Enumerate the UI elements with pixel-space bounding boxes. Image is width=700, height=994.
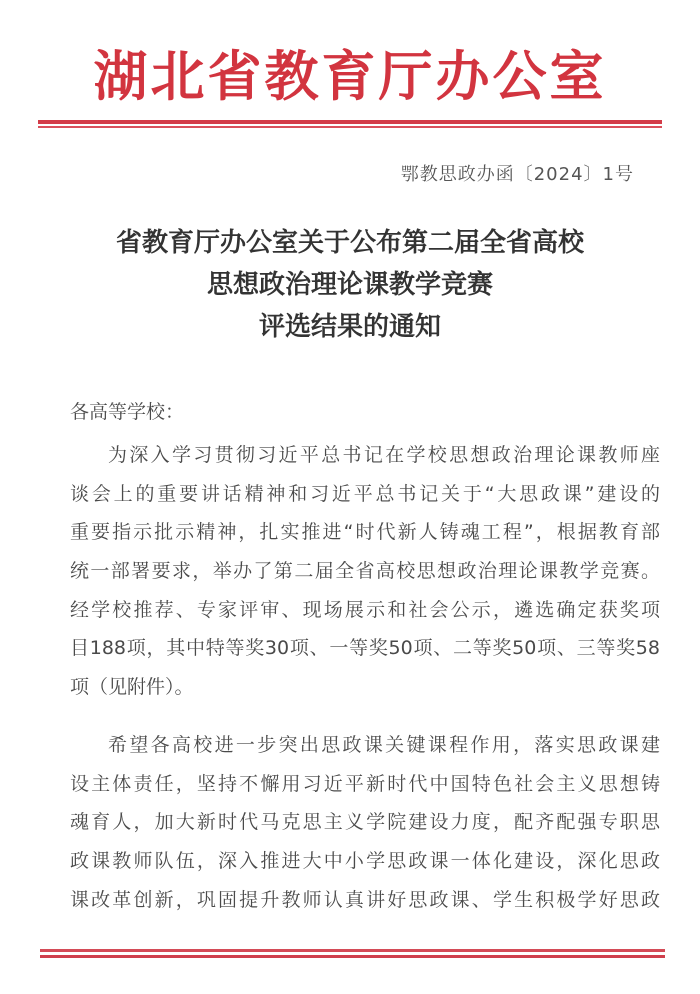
body-paragraph-2: 希望各高校进一步突出思政课关键课程作用，落实思政课建 设主体责任，坚持不懈用习近… [70, 726, 660, 919]
title-line: 评选结果的通知 [0, 306, 700, 348]
issuer-masthead: 湖北省教育厅办公室 [0, 46, 700, 106]
body-paragraph-1: 为深入学习贯彻习近平总书记在学校思想政治理论课教师座 谈会上的重要讲话精神和习近… [70, 436, 660, 707]
paragraph-line: 重要指示批示精神，扎实推进“时代新人铸魂工程”，根据教育部 [70, 513, 660, 552]
paragraph-line: 目188项，其中特等奖30项、一等奖50项、二等奖50项、三等奖58 [70, 629, 660, 668]
paragraph-line: 设主体责任，坚持不懈用习近平新时代中国特色社会主义思想铸 [70, 765, 660, 804]
paragraph-line: 魂育人，加大新时代马克思主义学院建设力度，配齐配强专职思 [70, 803, 660, 842]
paragraph-line: 为深入学习贯彻习近平总书记在学校思想政治理论课教师座 [70, 436, 660, 475]
salutation: 各高等学校： [70, 397, 184, 424]
title-line: 省教育厅办公室关于公布第二届全省高校 [0, 222, 700, 264]
title-line: 思想政治理论课教学竞赛 [0, 264, 700, 306]
footer-red-rule [40, 949, 665, 959]
paragraph-line: 统一部署要求，举办了第二届全省高校思想政治理论课教学竞赛。 [70, 552, 660, 591]
paragraph-line: 政课教师队伍，深入推进大中小学思政课一体化建设，深化思政 [70, 842, 660, 881]
paragraph-line: 希望各高校进一步突出思政课关键课程作用，落实思政课建 [70, 726, 660, 765]
footer-rule-line-2 [40, 955, 665, 958]
paragraph-line: 项（见附件）。 [70, 668, 660, 707]
document-title: 省教育厅办公室关于公布第二届全省高校 思想政治理论课教学竞赛 评选结果的通知 [0, 222, 700, 348]
paragraph-line: 谈会上的重要讲话精神和习近平总书记关于“大思政课”建设的 [70, 475, 660, 514]
paragraph-line: 经学校推荐、专家评审、现场展示和社会公示，遴选确定获奖项 [70, 591, 660, 630]
header-rule-thick-line [38, 120, 662, 124]
document-number: 鄂教思政办函〔2024〕1号 [401, 160, 634, 186]
header-red-rule [38, 120, 662, 128]
header-rule-thin-line [38, 126, 662, 128]
paragraph-line: 课改革创新，巩固提升教师认真讲好思政课、学生积极学好思政 [70, 881, 660, 920]
footer-rule-line-1 [40, 949, 665, 952]
